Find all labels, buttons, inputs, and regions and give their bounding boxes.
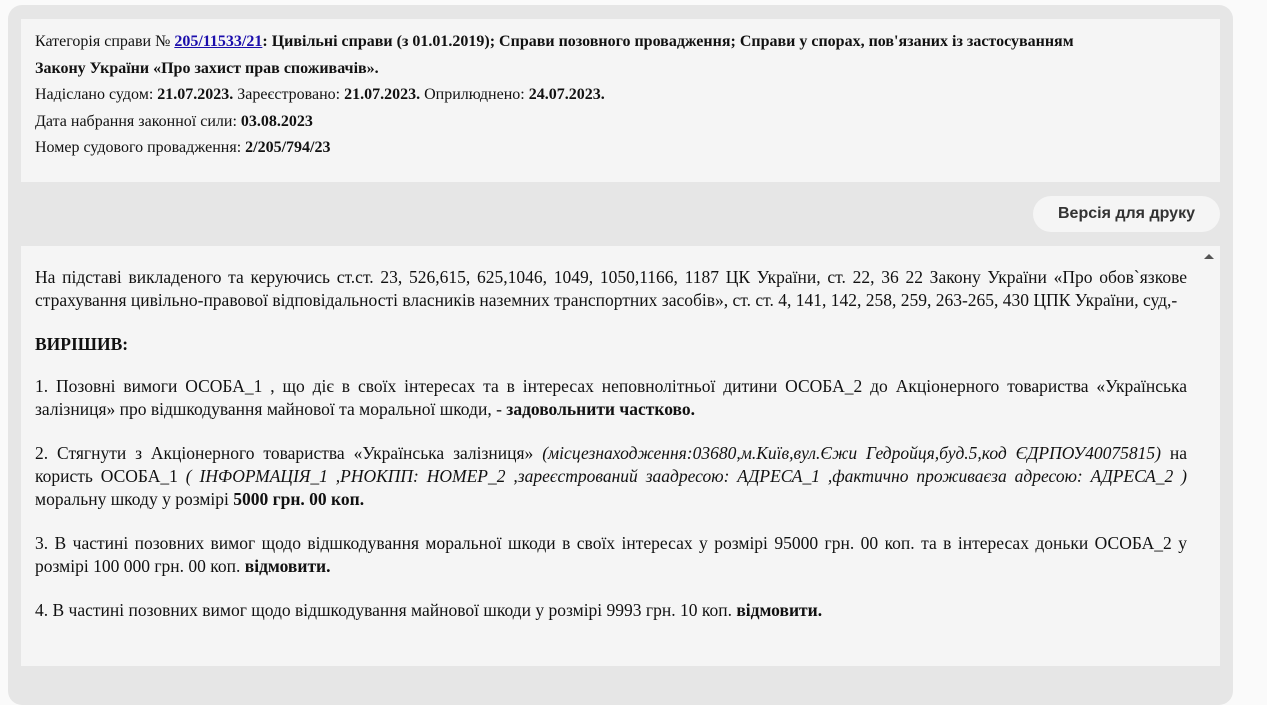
sent-label: Надіслано судом:	[35, 86, 157, 103]
item3-text: 3. В частині позовних вимог щодо відшкод…	[35, 533, 1187, 576]
item1-verdict: задовольнити частково.	[506, 399, 695, 419]
legal-force-label: Дата набрання законної сили:	[35, 113, 241, 130]
item4-verdict: відмовити.	[736, 600, 822, 620]
legal-force-date: 03.08.2023	[241, 113, 313, 130]
item2-amount: 5000 грн. 00 коп.	[233, 489, 364, 509]
document-text: На підставі викладеного та керуючись ст.…	[35, 266, 1187, 643]
published-date: 24.07.2023.	[529, 86, 605, 103]
intro-paragraph: На підставі викладеного та керуючись ст.…	[35, 266, 1187, 312]
sent-date: 21.07.2023.	[157, 86, 233, 103]
registered-date: 21.07.2023.	[344, 86, 420, 103]
proceeding-number: 2/205/794/23	[245, 139, 330, 156]
proceeding-label: Номер судового провадження:	[35, 139, 245, 156]
registered-label: Зареєстровано:	[233, 86, 344, 103]
category-text-line2: Закону України «Про захист прав споживач…	[35, 60, 379, 77]
proceeding: Номер судового провадження: 2/205/794/23	[35, 135, 1206, 162]
case-number-link[interactable]: 205/11533/21	[174, 33, 262, 50]
category-label: Категорія справи №	[35, 33, 174, 50]
item2-text-3: моральну шкоду у розмірі	[35, 489, 233, 509]
item3-verdict: відмовити.	[245, 556, 331, 576]
item2-text: 2. Стягнути з Акціонерного товариства «У…	[35, 443, 542, 463]
decision-heading: ВИРІШИВ:	[35, 333, 1187, 356]
category-text: : Цивільні справи (з 01.01.2019); Справи…	[262, 33, 1073, 50]
item2-defendant-details: (місцезнаходження:03680,м.Київ,вул.Єжи Г…	[542, 443, 1161, 463]
decision-item-2: 2. Стягнути з Акціонерного товариства «У…	[35, 442, 1187, 511]
print-version-button[interactable]: Версія для друку	[1033, 196, 1220, 232]
case-category: Категорія справи № 205/11533/21: Цивільн…	[35, 29, 1206, 82]
decision-item-1: 1. Позовні вимоги ОСОБА_1 , що діє в сво…	[35, 375, 1187, 421]
vertical-scrollbar[interactable]	[1200, 246, 1220, 653]
case-info-panel: Категорія справи № 205/11533/21: Цивільн…	[21, 19, 1220, 182]
scroll-up-arrow-icon[interactable]	[1204, 254, 1214, 259]
item2-plaintiff-details: ( ІНФОРМАЦІЯ_1 ,РНОКПП: НОМЕР_2 ,зареєст…	[186, 466, 1187, 486]
legal-force: Дата набрання законної сили: 03.08.2023	[35, 109, 1206, 136]
item4-text: 4. В частині позовних вимог щодо відшкод…	[35, 600, 736, 620]
case-dates: Надіслано судом: 21.07.2023. Зареєстрова…	[35, 82, 1206, 109]
decision-item-3: 3. В частині позовних вимог щодо відшкод…	[35, 532, 1187, 578]
published-label: Оприлюднено:	[420, 86, 529, 103]
decision-item-4: 4. В частині позовних вимог щодо відшкод…	[35, 599, 1187, 622]
document-text-panel[interactable]: На підставі викладеного та керуючись ст.…	[21, 246, 1220, 653]
